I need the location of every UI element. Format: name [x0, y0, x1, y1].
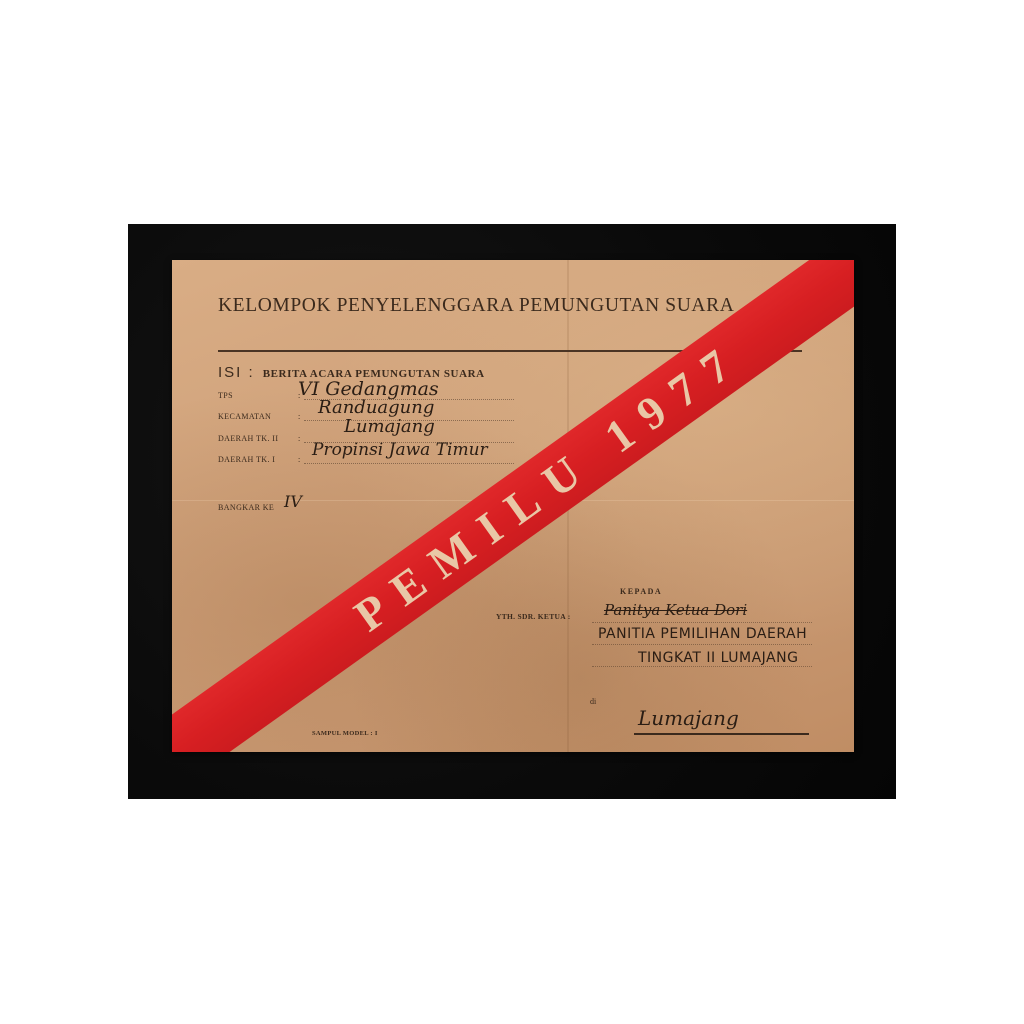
field-daerah-tk2: DAERAH TK. II :	[218, 434, 278, 443]
handwritten-kecamatan: Randuagung	[318, 397, 434, 418]
envelope-title: KELOMPOK PENYELENGGARA PEMUNGUTAN SUARA	[218, 295, 734, 317]
field-kecamatan: KECAMATAN :	[218, 412, 271, 421]
field-label: TPS	[218, 391, 233, 400]
yth-label: YTH. SDR. KETUA :	[496, 612, 571, 621]
field-label: KECAMATAN	[218, 412, 271, 421]
field-label: DAERAH TK. I	[218, 455, 275, 464]
handwritten-recipient-line1: PANITIA PEMILIHAN DAERAH	[598, 626, 807, 642]
bangkar-label: BANGKAR KE	[218, 503, 274, 512]
di-label: di	[590, 697, 596, 706]
isi-label: ISI :	[218, 364, 255, 381]
kepada-label: KEPADA	[620, 587, 662, 596]
pemilu-band: PEMILU 1977	[172, 260, 854, 752]
handwritten-daerah-tk1: Propinsi Jawa Timur	[312, 440, 488, 460]
handwritten-bangkar: IV	[284, 492, 302, 511]
handwritten-struck-recipient: Panitya Ketua Dori	[604, 601, 747, 619]
handwritten-recipient-line2: TINGKAT II LUMAJANG	[638, 650, 798, 666]
sampul-model-label: SAMPUL MODEL : I	[312, 730, 378, 737]
envelope: KELOMPOK PENYELENGGARA PEMUNGUTAN SUARA …	[172, 260, 854, 752]
field-tps: TPS :	[218, 391, 233, 400]
field-label: DAERAH TK. II	[218, 434, 278, 443]
handwritten-city: Lumajang	[638, 706, 739, 730]
city-underline	[634, 733, 809, 735]
handwritten-daerah-tk2: Lumajang	[344, 416, 435, 437]
field-daerah-tk1: DAERAH TK. I :	[218, 455, 275, 464]
